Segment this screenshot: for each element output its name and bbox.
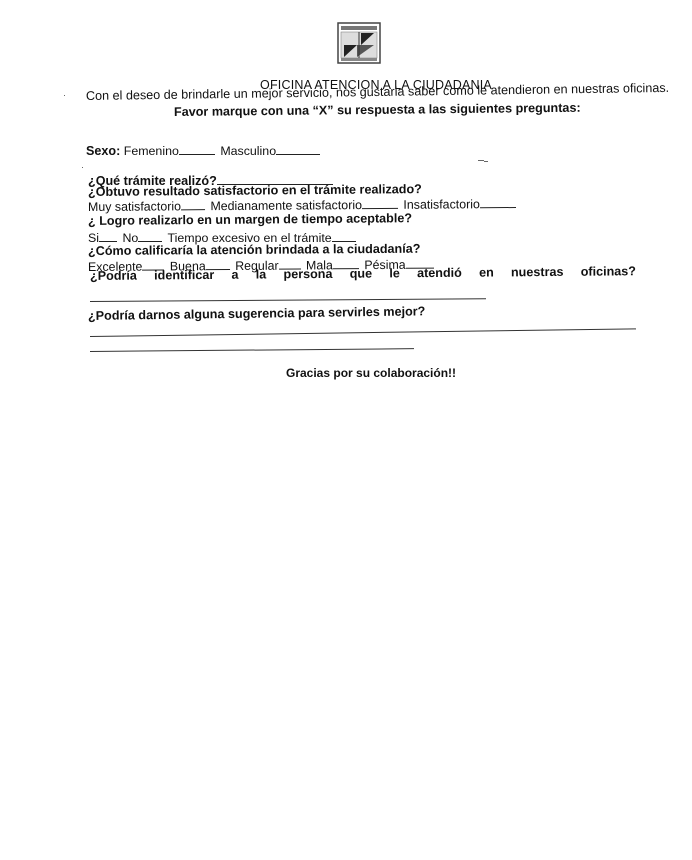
option-insatisfactorio: Insatisfactorio: [403, 197, 480, 212]
instruction-text: Favor marque con una “X” su respuesta a …: [174, 101, 581, 119]
word: ¿Podría: [90, 269, 137, 283]
option-muy-satisfactorio: Muy satisfactorio: [88, 199, 181, 214]
word: oficinas?: [581, 264, 636, 278]
word: en: [479, 265, 494, 279]
word: persona: [283, 267, 332, 281]
sexo-label: Sexo:: [86, 144, 120, 158]
scan-speck: [82, 167, 83, 168]
word: a: [231, 268, 238, 282]
sugerencia-answer-line-2[interactable]: [90, 348, 414, 352]
question-satisfactorio: ¿Obtuvo resultado satisfactorio en el tr…: [88, 182, 422, 199]
word: identificar: [154, 268, 214, 283]
word: la: [256, 267, 267, 281]
question-calificacion: ¿Cómo calificaría la atención brindada a…: [88, 242, 421, 258]
word: atendió: [417, 266, 462, 280]
si-blank[interactable]: [99, 231, 117, 242]
femenino-blank[interactable]: [179, 144, 215, 155]
sexo-row: Sexo: Femenino Masculino: [86, 144, 322, 158]
sugerencia-answer-line-1[interactable]: [90, 328, 636, 337]
word: nuestras: [511, 265, 564, 279]
medianamente-blank[interactable]: [362, 198, 398, 209]
tiempo-excesivo-blank[interactable]: [332, 231, 356, 242]
option-masculino: Masculino: [220, 144, 276, 158]
no-blank[interactable]: [138, 231, 162, 242]
crest-logo-icon: [336, 21, 382, 65]
question-sugerencia: ¿Podría darnos alguna sugerencia para se…: [88, 304, 426, 323]
word: le: [389, 266, 400, 280]
option-si: Si: [88, 231, 99, 245]
word: que: [350, 267, 373, 281]
scan-speck: [64, 95, 65, 96]
question-tiempo: ¿ Logro realizarlo en un margen de tiemp…: [88, 211, 412, 228]
insatisfactorio-blank[interactable]: [480, 197, 516, 208]
muy-satisfactorio-blank[interactable]: [181, 199, 205, 210]
identificar-answer-line[interactable]: [90, 298, 486, 302]
scan-speck: [484, 161, 488, 162]
option-femenino: Femenino: [124, 144, 179, 158]
masculino-blank[interactable]: [276, 144, 320, 155]
closing-text: Gracias por su colaboración!!: [286, 366, 456, 380]
